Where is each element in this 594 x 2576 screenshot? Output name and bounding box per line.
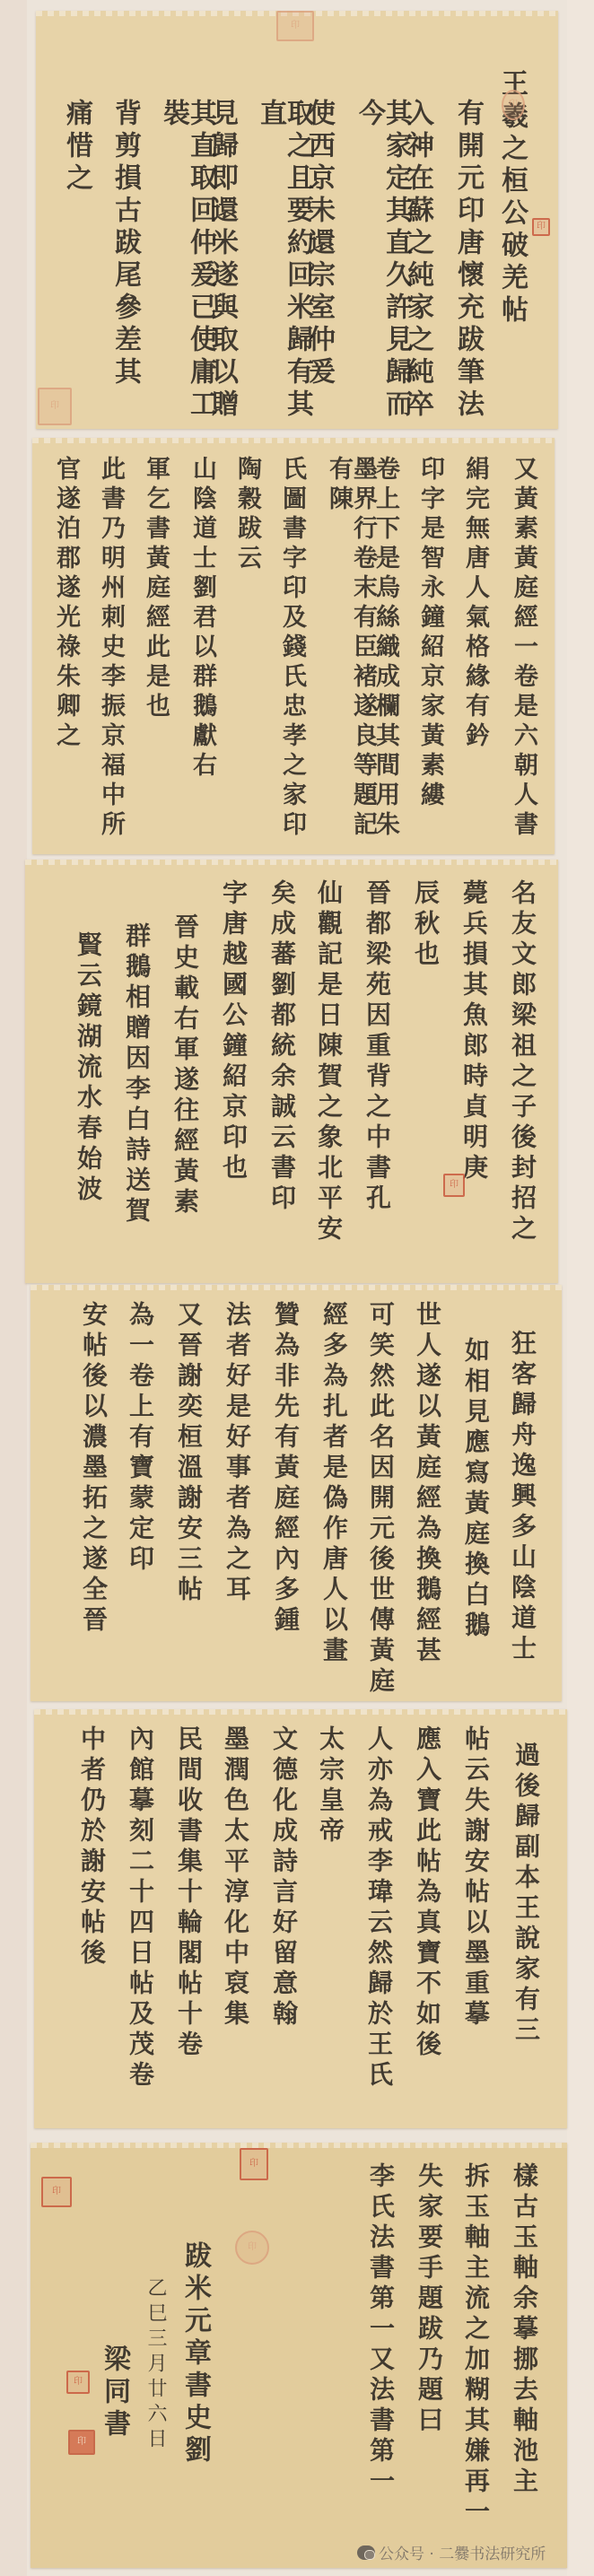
text-column: 應入寶此帖為真寶不如後	[415, 1725, 440, 2061]
text-column: 為一卷上有寶蒙定印	[127, 1301, 153, 1576]
text-column: 樣古玉軸余摹挪去軸池主	[511, 2162, 537, 2498]
text-column: 陶穀跋云	[235, 456, 259, 574]
text-column: 晉史載右軍遂往經黃素	[172, 913, 197, 1218]
calligraphy-panel-6: 樣古玉軸余摹挪去軸池主 拆玉軸主流之加糊其嫌再一 失家要手題跋乃題曰 李氏法書第…	[31, 2143, 567, 2568]
text-column: 薨兵損其魚郎時貞明庚	[461, 879, 486, 1184]
collector-seal: 印	[532, 218, 550, 236]
artist-seal: 印	[68, 2430, 95, 2455]
text-column: 安帖後以濃墨拓之遂全晉	[81, 1301, 106, 1637]
text-column: 痛惜之	[63, 99, 90, 196]
text-column: 官遂泊郡遂光祿朱卿之	[54, 456, 78, 752]
calligraphy-panel-1: 王羲之桓公破羌帖 有開元印唐懷充跋筆法 入神在蘇之純家之純卒 其家定其直久許見歸…	[36, 11, 558, 429]
collector-seal: 印	[502, 90, 525, 120]
text-column: 民間收書集十輪閣帖十卷	[176, 1725, 201, 2061]
text-column: 經多為扎者是偽作唐人以畫	[321, 1301, 346, 1667]
collector-seal: 印	[240, 2148, 268, 2180]
text-column: 狂客歸舟逸興多山陰道士	[510, 1330, 535, 1665]
text-column: 帖云失謝安帖以墨重摹	[463, 1725, 488, 2030]
text-column: 矣成蕃劉都統余誠云書印	[269, 879, 294, 1215]
calligraphy-panel-3: 名友文郎梁祖之子後封招之 薨兵損其魚郎時貞明庚 辰秋也 晉都梁苑因重背之中書孔 …	[25, 860, 558, 1283]
text-column: 過後歸副本王說家有三	[513, 1742, 538, 2047]
text-column: 墨界行卷末有臣褚遂良等題記有陳	[327, 456, 375, 854]
text-column: 字唐越國公鐘紹京印也	[221, 879, 246, 1184]
text-column: 中者仍於謝安帖後	[79, 1725, 104, 1969]
text-column: 卷上下是烏絲織成欄其間用朱	[373, 456, 397, 841]
text-column: 內館摹刻二十四日帖及茂卷	[127, 1725, 153, 2091]
text-column: 絹完無唐人氣格緣有鈐	[463, 456, 487, 752]
colophon-title: 跋米元章書史劉	[181, 2241, 208, 2467]
calligraphy-panel-5: 過後歸副本王說家有三 帖云失謝安帖以墨重摹 應入寶此帖為真寶不如後 人亦為戒李瑋…	[34, 1709, 567, 2128]
text-column: 印字是智永鐘紹京家黃素縷	[418, 456, 442, 811]
text-column: 贊為非先有黃庭經內多鍾	[273, 1301, 298, 1637]
collector-seal: 印	[235, 2231, 269, 2265]
artist-seal: 印	[66, 2371, 90, 2394]
text-column: 其直取回仲爰已使庸工裝	[160, 99, 214, 429]
text-column: 可笑然此名因開元後世傳黃庭	[368, 1301, 393, 1698]
watermark: 公众号 · 二爨书法研究所	[357, 2541, 546, 2563]
text-column: 仙觀記是日陳賀之象北平安	[316, 879, 341, 1245]
text-column: 人亦為戒李瑋云然歸於王氏	[366, 1725, 391, 2091]
colophon-date: 乙巳三月廿六日	[145, 2277, 165, 2453]
text-column: 又黃素黃庭經一卷是六朝人書	[511, 456, 536, 841]
text-column: 取之且要約回米歸有其直	[257, 99, 310, 429]
wechat-icon	[357, 2545, 375, 2560]
panel-4-columns: 狂客歸舟逸興多山陰道士 如相見應寫黃庭換白鵝 世人遂以黃庭經為換鵝經甚 可笑然此…	[31, 1285, 562, 1701]
calligraphy-panel-2: 又黃素黃庭經一卷是六朝人書 絹完無唐人氣格緣有鈐 印字是智永鐘紹京家黃素縷 卷上…	[32, 438, 555, 854]
scroll-mount-left	[0, 0, 27, 2576]
text-column: 群鵝相贈因李白詩送賀	[124, 922, 149, 1227]
text-column: 辰秋也	[413, 879, 438, 971]
panel-5-columns: 過後歸副本王說家有三 帖云失謝安帖以墨重摹 應入寶此帖為真寶不如後 人亦為戒李瑋…	[34, 1709, 567, 2128]
calligraphy-panel-4: 狂客歸舟逸興多山陰道士 如相見應寫黃庭換白鵝 世人遂以黃庭經為換鵝經甚 可笑然此…	[31, 1285, 562, 1701]
text-column: 其家定其直久許見歸而今	[355, 99, 409, 429]
watermark-text: 公众号 · 二爨书法研究所	[379, 2541, 546, 2563]
text-column: 如相見應寫黃庭換白鵝	[463, 1337, 488, 1642]
text-column: 晉都梁苑因重背之中書孔	[364, 879, 389, 1215]
collector-seal: 印	[41, 2177, 72, 2207]
scroll-mount-right	[567, 0, 594, 2576]
collector-seal: 印	[38, 388, 72, 425]
text-column: 氏圖書字印及錢氏忠孝之家印	[280, 456, 304, 841]
text-column: 失家要手題跋乃題曰	[416, 2162, 441, 2437]
text-column: 有開元印唐懷充跋筆法	[454, 99, 481, 422]
text-column: 此書乃明州刺史李振京福中所	[99, 456, 123, 841]
colophon-signature: 梁同書	[100, 2345, 127, 2441]
text-column: 又晉謝奕桓溫謝安三帖	[176, 1301, 201, 1606]
panel-2-columns: 又黃素黃庭經一卷是六朝人書 絹完無唐人氣格緣有鈐 印字是智永鐘紹京家黃素縷 卷上…	[32, 438, 555, 854]
text-column: 軍乞書黃庭經此是也	[144, 456, 168, 722]
text-column: 名友文郎梁祖之子後封招之	[510, 879, 535, 1245]
text-column: 李氏法書第一又法書第一	[368, 2162, 393, 2498]
text-column: 背剪損古跋尾參差其	[111, 99, 138, 389]
text-column: 太宗皇帝	[318, 1725, 343, 1847]
collector-seal: 印	[276, 11, 314, 41]
text-column: 法者好是好事者為之耳	[224, 1301, 249, 1606]
panel-1-columns: 王羲之桓公破羌帖 有開元印唐懷充跋筆法 入神在蘇之純家之純卒 其家定其直久許見歸…	[36, 11, 558, 429]
panel-6-columns: 樣古玉軸余摹挪去軸池主 拆玉軸主流之加糊其嫌再一 失家要手題跋乃題曰 李氏法書第…	[31, 2143, 567, 2568]
collector-seal: 印	[443, 1174, 465, 1197]
panel-3-columns: 名友文郎梁祖之子後封招之 薨兵損其魚郎時貞明庚 辰秋也 晉都梁苑因重背之中書孔 …	[25, 860, 558, 1283]
text-column: 世人遂以黃庭經為換鵝經甚	[415, 1301, 440, 1667]
text-column: 拆玉軸主流之加糊其嫌再一	[463, 2162, 488, 2528]
text-column: 賢云鏡湖流水春始波	[75, 931, 100, 1206]
text-column: 山陰道士劉君以群鵝獻右	[190, 456, 214, 782]
text-column: 墨潤色太平淳化中裒集	[223, 1725, 248, 2030]
text-column: 文德化成詩言好留意翰	[271, 1725, 296, 2030]
